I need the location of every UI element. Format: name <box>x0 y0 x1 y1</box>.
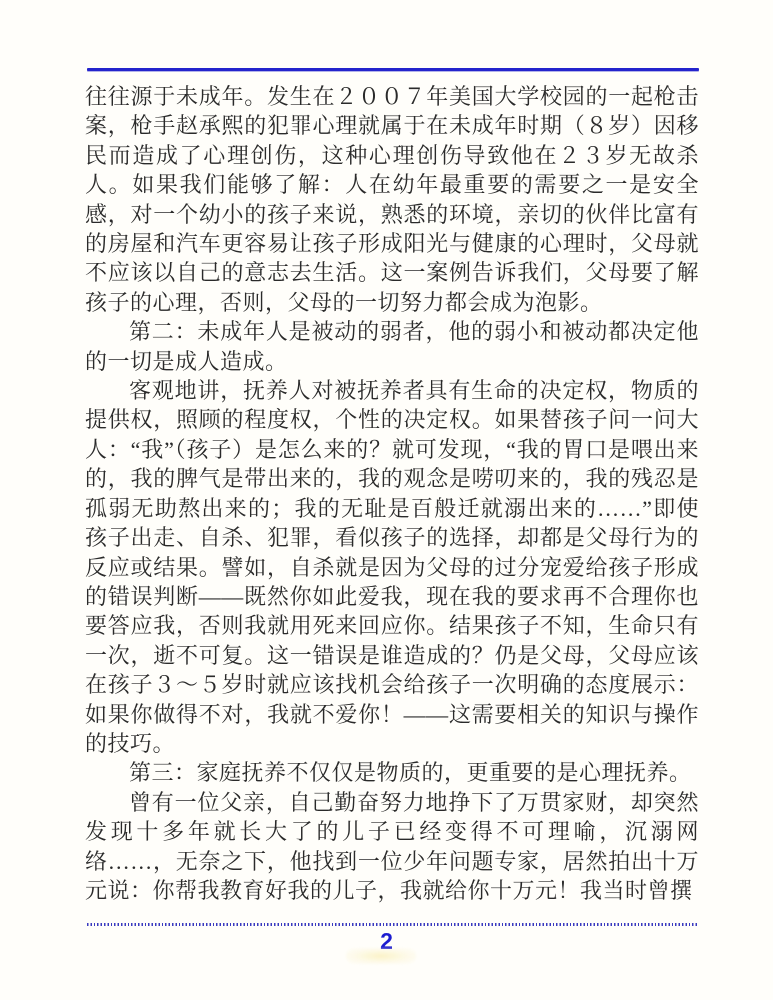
body-paragraph: 曾有一位父亲，自己勤奋努力地挣下了万贯家财，却突然发现十多年就长大了的儿子已经变… <box>85 788 699 906</box>
header-rule <box>87 68 699 71</box>
body-paragraph: 往往源于未成年。发生在２００７年美国大学校园的一起枪击案，枪手赵承熙的犯罪心理就… <box>85 82 699 317</box>
footer-rule <box>87 923 699 926</box>
page-body: 往往源于未成年。发生在２００７年美国大学校园的一起枪击案，枪手赵承熙的犯罪心理就… <box>85 82 699 905</box>
body-paragraph: 第三：家庭抚养不仅仅是物质的，更重要的是心理抚养。 <box>85 758 699 787</box>
document-page: 往往源于未成年。发生在２００７年美国大学校园的一起枪击案，枪手赵承熙的犯罪心理就… <box>0 0 773 1000</box>
page-number: 2 <box>0 929 773 953</box>
body-paragraph: 第二：未成年人是被动的弱者，他的弱小和被动都决定他的一切是成人造成。 <box>85 317 699 376</box>
body-paragraph: 客观地讲，抚养人对被抚养者具有生命的决定权，物质的提供权，照顾的程度权，个性的决… <box>85 376 699 758</box>
